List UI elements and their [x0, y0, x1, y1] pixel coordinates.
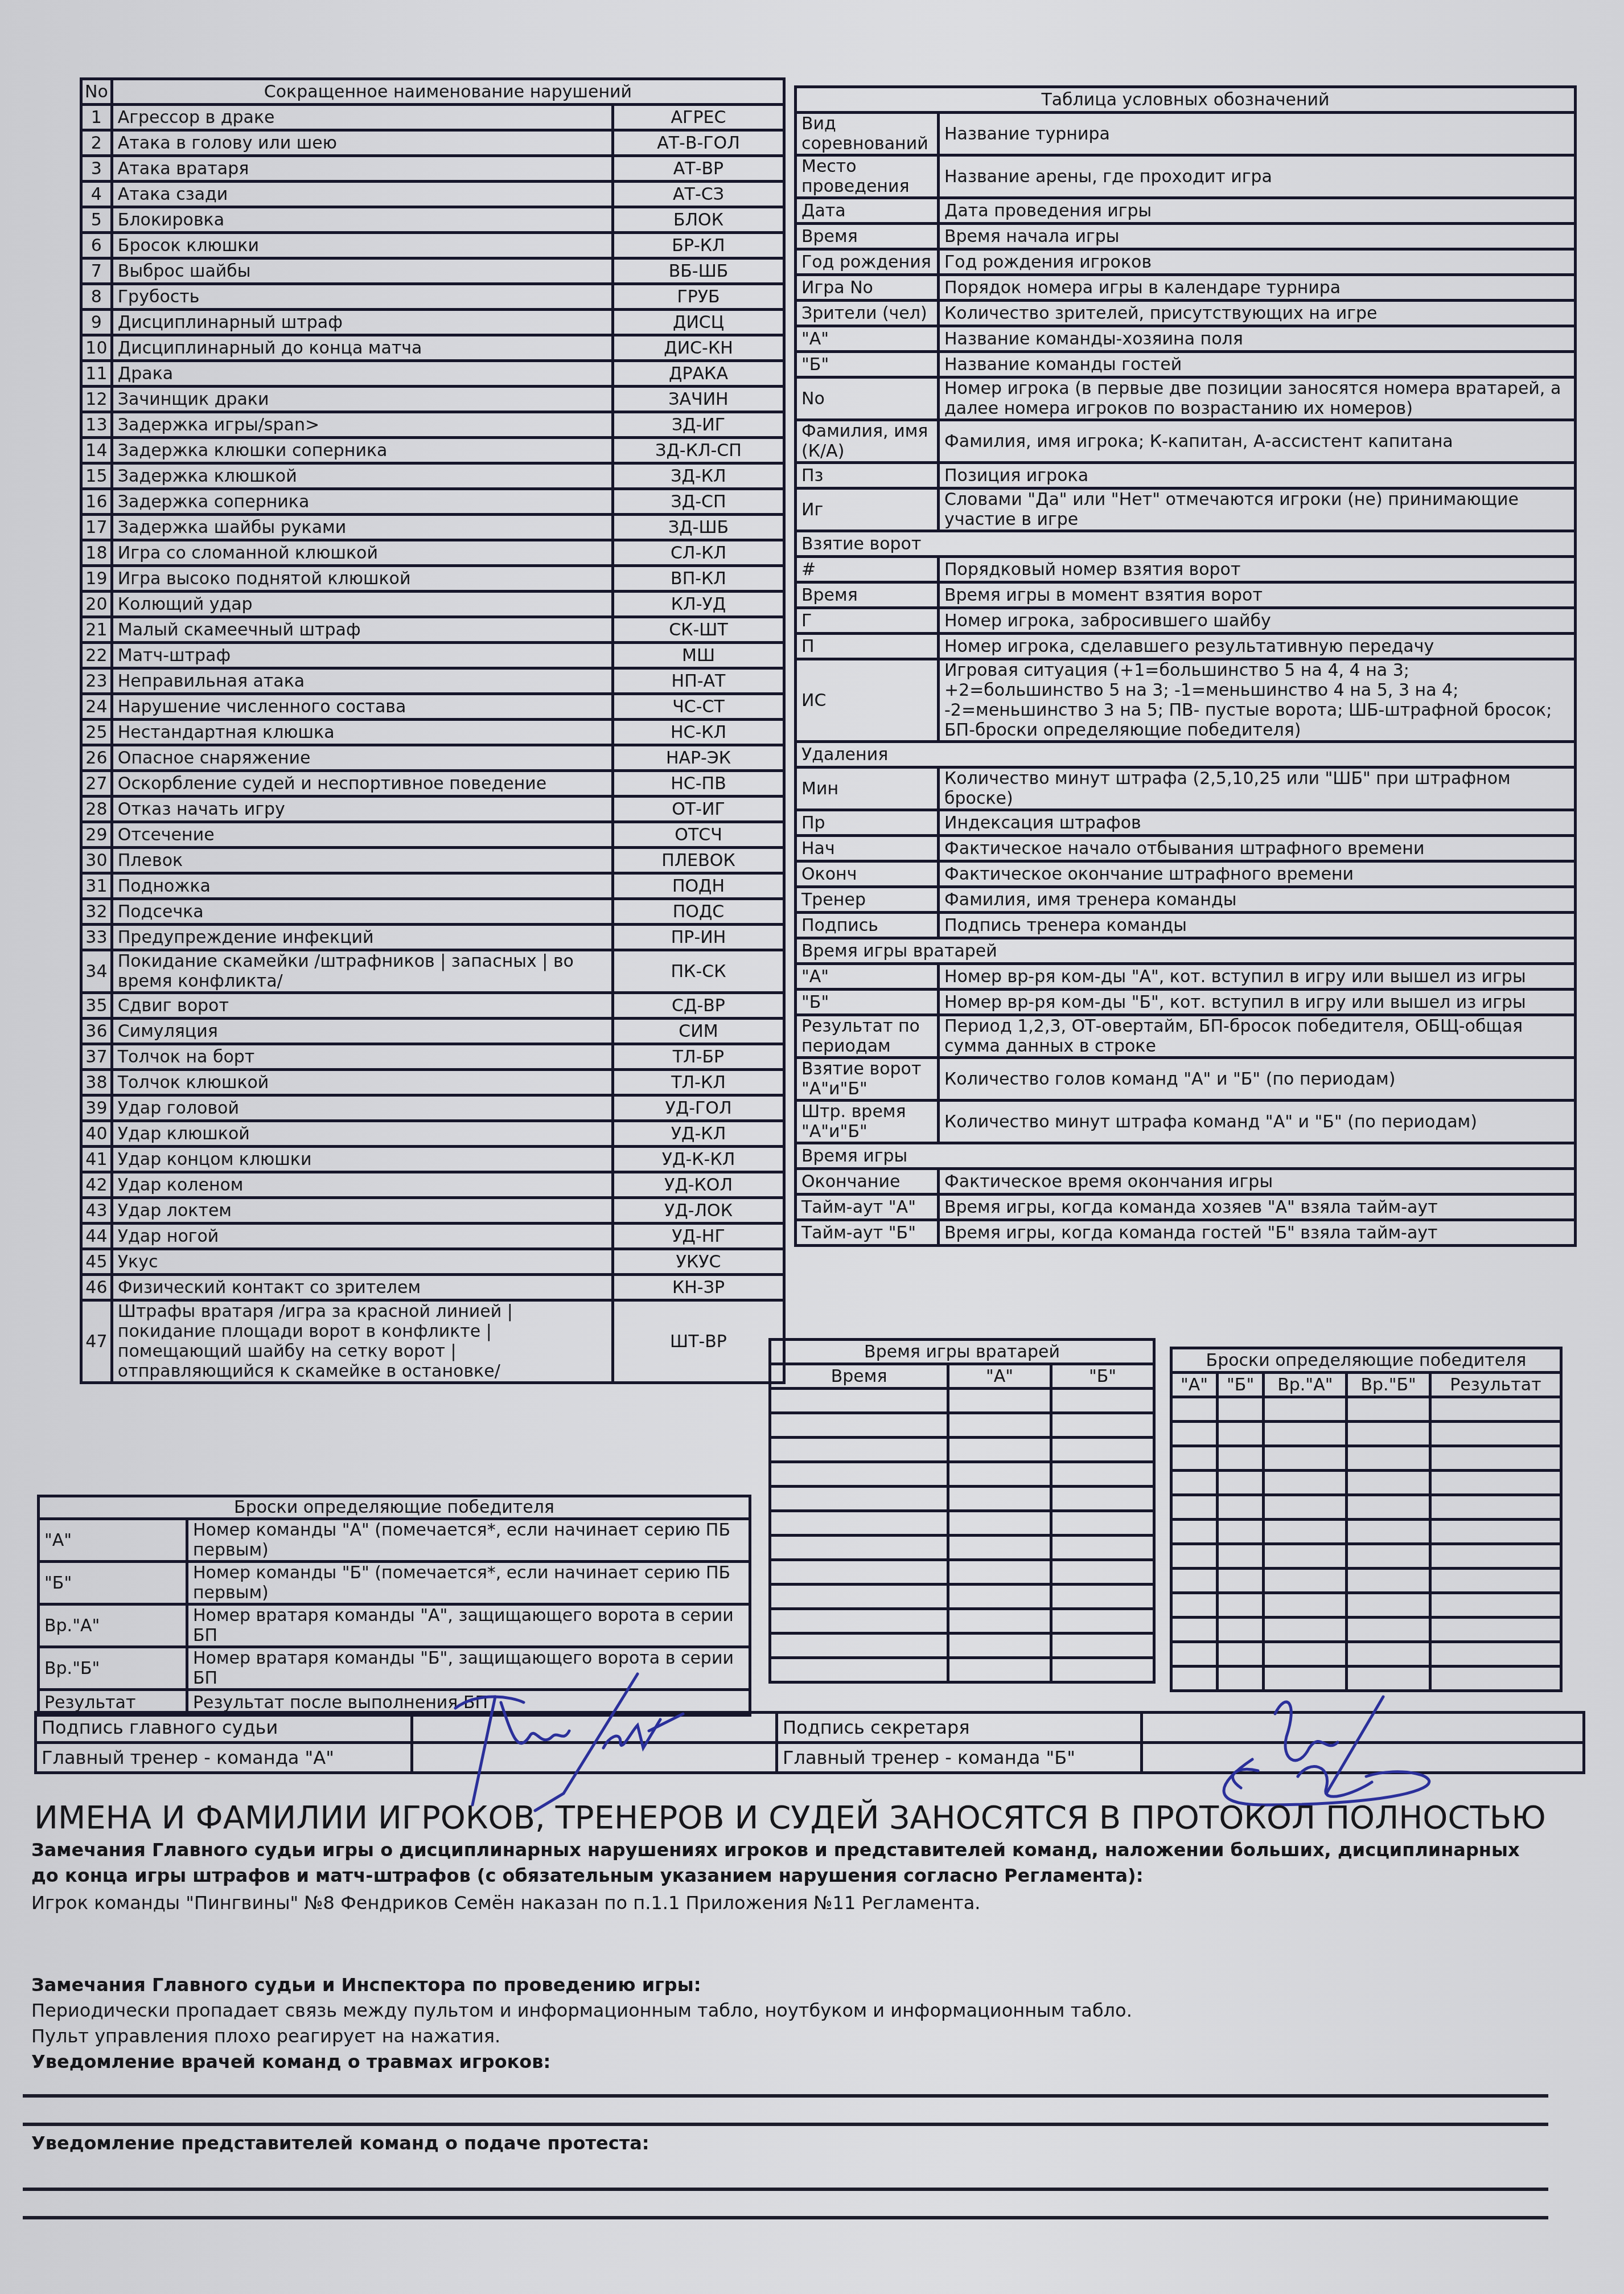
legend-section-row: Взятие ворот — [796, 531, 1576, 557]
goalie-time-cell[interactable] — [1051, 1634, 1154, 1658]
violation-name: Нарушение численного состава — [112, 694, 612, 720]
violation-name: Игра со сломанной клюшкой — [112, 540, 612, 566]
chief-referee-signature-label: Подпись главного судьи — [36, 1713, 412, 1743]
shootout-cell[interactable] — [1264, 1569, 1347, 1593]
legend-row: Фамилия, имя (К/А)Фамилия, имя игрока; К… — [796, 420, 1576, 463]
legend-description: Фактическое окончание штрафного времени — [939, 861, 1576, 887]
legend-description: Номер игрока, сделавшего результативную … — [939, 634, 1576, 659]
goalie-time-column-header: Время — [770, 1364, 948, 1389]
secretary-signature-label: Подпись секретаря — [777, 1713, 1142, 1743]
violation-row: 2Атака в голову или шеюАТ-В-ГОЛ — [81, 130, 784, 156]
shootout-row — [1171, 1667, 1561, 1691]
violation-name: Физический контакт со зрителем — [112, 1275, 612, 1300]
violation-name: Задержка клюшкой — [112, 463, 612, 489]
legend-row: ОкончаниеФактическое время окончания игр… — [796, 1169, 1576, 1195]
violation-abbreviation: АГРЕС — [613, 105, 784, 130]
shootout-cell[interactable] — [1218, 1642, 1264, 1667]
violation-name: Оскорбление судей и неспортивное поведен… — [112, 771, 612, 797]
shootout-cell[interactable] — [1430, 1471, 1561, 1495]
legend-key: Время — [796, 582, 939, 608]
violation-name: Атака сзади — [112, 182, 612, 207]
violation-number: 3 — [81, 156, 112, 182]
violation-abbreviation: УД-К-КЛ — [613, 1147, 784, 1172]
chief-referee-signature-field[interactable] — [412, 1713, 777, 1743]
shootout-cell[interactable] — [1171, 1544, 1218, 1569]
legend-row: ТренерФамилия, имя тренера команды — [796, 887, 1576, 913]
coach-a-signature-field[interactable] — [412, 1743, 777, 1773]
legend-key: Время — [796, 224, 939, 249]
violation-name: Сдвиг ворот — [112, 993, 612, 1019]
shootout-cell[interactable] — [1430, 1446, 1561, 1471]
legend-description: Количество зрителей, присутствующих на и… — [939, 301, 1576, 326]
legend-section-row: Время игры вратарей — [796, 938, 1576, 964]
shootout-legend-row: "Б"Номер команды "Б" (помечается*, если … — [39, 1562, 750, 1604]
violation-number: 25 — [81, 720, 112, 745]
goalie-time-cell[interactable] — [770, 1585, 948, 1609]
goalie-time-cell[interactable] — [948, 1462, 1051, 1487]
violation-row: 44Удар ногойУД-НГ — [81, 1224, 784, 1249]
violation-abbreviation: ЗАЧИН — [613, 387, 784, 412]
legend-row: ВремяВремя игры в момент взятия ворот — [796, 582, 1576, 608]
shootout-cell[interactable] — [1264, 1422, 1347, 1446]
goalie-time-cell[interactable] — [1051, 1462, 1154, 1487]
violation-row: 4Атака сзадиАТ-СЗ — [81, 182, 784, 207]
goalie-time-cell[interactable] — [1051, 1487, 1154, 1511]
legend-row: Результат по периодамПериод 1,2,3, ОТ-ов… — [796, 1015, 1576, 1058]
goalie-time-cell[interactable] — [1051, 1536, 1154, 1560]
shootout-row — [1171, 1642, 1561, 1667]
shootout-legend-key: Вр."А" — [39, 1604, 187, 1647]
violation-row: 7Выброс шайбыВБ-ШБ — [81, 258, 784, 284]
legend-section-title: Удаления — [796, 742, 1576, 768]
shootout-cell[interactable] — [1218, 1544, 1264, 1569]
legend-row: "А"Название команды-хозяина поля — [796, 326, 1576, 352]
violation-name: Предупреждение инфекций — [112, 925, 612, 950]
shootout-legend-row: "А"Номер команды "А" (помечается*, если … — [39, 1519, 750, 1562]
violation-number: 36 — [81, 1019, 112, 1044]
violation-name: Отсечение — [112, 822, 612, 848]
shootout-cell[interactable] — [1430, 1422, 1561, 1446]
column-header-violation-name: Сокращенное наименование нарушений — [112, 79, 784, 105]
goalie-time-row — [770, 1511, 1154, 1536]
shootout-cell[interactable] — [1264, 1667, 1347, 1691]
goalie-time-cell[interactable] — [948, 1560, 1051, 1585]
goalie-time-cell[interactable] — [1051, 1585, 1154, 1609]
violation-name: Симуляция — [112, 1019, 612, 1044]
violation-number: 12 — [81, 387, 112, 412]
shootout-grid-table: Броски определяющие победителя "А""Б"Вр.… — [1170, 1347, 1563, 1692]
violation-number: 13 — [81, 412, 112, 438]
shootout-column-header: Результат — [1430, 1373, 1561, 1397]
violation-row: 24Нарушение численного составаЧС-СТ — [81, 694, 784, 720]
violation-name: Игра высоко поднятой клюшкой — [112, 566, 612, 592]
shootout-cell[interactable] — [1171, 1422, 1218, 1446]
legend-key: Игра No — [796, 275, 939, 301]
goalie-time-cell[interactable] — [948, 1413, 1051, 1438]
shootout-cell[interactable] — [1218, 1471, 1264, 1495]
legend-key: Иг — [796, 489, 939, 531]
violation-number: 20 — [81, 592, 112, 617]
violation-name: Укус — [112, 1249, 612, 1275]
legend-description: Название команды гостей — [939, 352, 1576, 377]
violation-number: 22 — [81, 643, 112, 668]
shootout-cell[interactable] — [1430, 1569, 1561, 1593]
shootout-cell[interactable] — [1264, 1446, 1347, 1471]
goalie-time-cell[interactable] — [948, 1438, 1051, 1462]
legend-key: "А" — [796, 964, 939, 990]
shootout-cell[interactable] — [1264, 1471, 1347, 1495]
violation-number: 17 — [81, 515, 112, 540]
shootout-cell[interactable] — [1218, 1667, 1264, 1691]
goalie-time-cell[interactable] — [1051, 1389, 1154, 1413]
goalie-time-cell[interactable] — [770, 1511, 948, 1536]
violation-name: Подсечка — [112, 899, 612, 925]
shootout-cell[interactable] — [1264, 1642, 1347, 1667]
legend-row: МинКоличество минут штрафа (2,5,10,25 ил… — [796, 768, 1576, 810]
violation-name: Малый скамеечный штраф — [112, 617, 612, 643]
protest-notice-line-2[interactable] — [23, 2216, 1548, 2219]
legend-description: Количество минут штрафа команд "А" и "Б"… — [939, 1101, 1576, 1143]
violation-abbreviation: ТЛ-БР — [613, 1044, 784, 1070]
shootout-cell[interactable] — [1171, 1593, 1218, 1618]
violation-name: Удар ногой — [112, 1224, 612, 1249]
legend-key: Г — [796, 608, 939, 634]
shootout-cell[interactable] — [1171, 1495, 1218, 1520]
legend-section-title: Взятие ворот — [796, 531, 1576, 557]
violation-abbreviation: УД-НГ — [613, 1224, 784, 1249]
legend-description: Название турнира — [939, 113, 1576, 155]
shootout-cell[interactable] — [1171, 1642, 1218, 1667]
violation-name: Удар головой — [112, 1095, 612, 1121]
shootout-cell[interactable] — [1264, 1397, 1347, 1422]
shootout-cell[interactable] — [1218, 1520, 1264, 1544]
violation-name: Задержка клюшки соперника — [112, 438, 612, 463]
shootout-cell[interactable] — [1218, 1446, 1264, 1471]
violation-number: 38 — [81, 1070, 112, 1095]
legend-row: НачФактическое начало отбывания штрафног… — [796, 836, 1576, 861]
legend-description: Позиция игрока — [939, 463, 1576, 489]
shootout-legend-description: Номер вратаря команды "Б", защищающего в… — [187, 1647, 750, 1690]
legend-description: Номер вр-ря ком-ды "А", кот. вступил в и… — [939, 964, 1576, 990]
violation-abbreviation: ОТСЧ — [613, 822, 784, 848]
violation-abbreviation: ДИСЦ — [613, 310, 784, 335]
goalie-time-cell[interactable] — [1051, 1511, 1154, 1536]
coach-a-signature-label: Главный тренер - команда "А" — [36, 1743, 412, 1773]
violation-name: Опасное снаряжение — [112, 745, 612, 771]
shootout-cell[interactable] — [1264, 1593, 1347, 1618]
signatures-table: Подпись главного судьи Подпись секретаря… — [34, 1711, 1585, 1774]
violation-number: 42 — [81, 1172, 112, 1198]
violation-number: 26 — [81, 745, 112, 771]
legend-description: Словами "Да" или "Нет" отмечаются игроки… — [939, 489, 1576, 531]
legend-key: "Б" — [796, 990, 939, 1015]
legend-key: # — [796, 557, 939, 582]
legend-key: Мин — [796, 768, 939, 810]
shootout-cell[interactable] — [1171, 1569, 1218, 1593]
legend-key: П — [796, 634, 939, 659]
goalie-time-cell[interactable] — [770, 1560, 948, 1585]
shootout-column-header: Вр."А" — [1264, 1373, 1347, 1397]
violation-abbreviation: КЛ-УД — [613, 592, 784, 617]
shootout-cell[interactable] — [1218, 1422, 1264, 1446]
violation-abbreviation: ЗД-КЛ-СП — [613, 438, 784, 463]
violation-name: Драка — [112, 361, 612, 387]
violation-name: Удар локтем — [112, 1198, 612, 1224]
shootout-cell[interactable] — [1347, 1618, 1430, 1642]
shootout-row — [1171, 1593, 1561, 1618]
violation-abbreviation: УД-КЛ — [613, 1121, 784, 1147]
violation-row: 22Матч-штрафМШ — [81, 643, 784, 668]
violation-row: 33Предупреждение инфекцийПР-ИН — [81, 925, 784, 950]
violation-abbreviation: ПР-ИН — [613, 925, 784, 950]
legend-row: ВремяВремя начала игры — [796, 224, 1576, 249]
conduct-remarks-text-line2[interactable]: Пульт управления плохо реагирует на нажа… — [31, 2025, 500, 2047]
shootout-legend-key: "А" — [39, 1519, 187, 1562]
shootout-cell[interactable] — [1218, 1569, 1264, 1593]
violation-row: 29ОтсечениеОТСЧ — [81, 822, 784, 848]
goalie-time-cell[interactable] — [1051, 1609, 1154, 1634]
legend-row: "Б"Название команды гостей — [796, 352, 1576, 377]
violation-name: Плевок — [112, 848, 612, 873]
shootout-cell[interactable] — [1347, 1446, 1430, 1471]
goalie-time-cell[interactable] — [948, 1536, 1051, 1560]
legend-row: NoНомер игрока (в первые две позиции зан… — [796, 377, 1576, 420]
goalie-time-cell[interactable] — [948, 1487, 1051, 1511]
legend-key: ИС — [796, 659, 939, 742]
goalie-time-cell[interactable] — [770, 1536, 948, 1560]
legend-description: Время начала игры — [939, 224, 1576, 249]
shootout-cell[interactable] — [1218, 1618, 1264, 1642]
goalie-time-cell[interactable] — [770, 1462, 948, 1487]
goalie-time-row — [770, 1634, 1154, 1658]
violation-row: 14Задержка клюшки соперникаЗД-КЛ-СП — [81, 438, 784, 463]
legend-key: Взятие ворот "А"и"Б" — [796, 1058, 939, 1101]
secretary-signature-field[interactable] — [1142, 1713, 1584, 1743]
violation-name: Атака в голову или шею — [112, 130, 612, 156]
shootout-cell[interactable] — [1430, 1618, 1561, 1642]
violation-name: Атака вратаря — [112, 156, 612, 182]
violation-abbreviation: ПК-СК — [613, 950, 784, 993]
goalie-time-cell[interactable] — [948, 1389, 1051, 1413]
violation-abbreviation: ВБ-ШБ — [613, 258, 784, 284]
legend-description: Количество минут штрафа (2,5,10,25 или "… — [939, 768, 1576, 810]
legend-description: Год рождения игроков — [939, 249, 1576, 275]
violation-row: 11ДракаДРАКА — [81, 361, 784, 387]
violation-name: Матч-штраф — [112, 643, 612, 668]
shootout-cell[interactable] — [1171, 1446, 1218, 1471]
violation-number: 1 — [81, 105, 112, 130]
legend-row: ГНомер игрока, забросившего шайбу — [796, 608, 1576, 634]
violation-number: 43 — [81, 1198, 112, 1224]
shootout-row — [1171, 1471, 1561, 1495]
goalie-time-cell[interactable] — [948, 1585, 1051, 1609]
goalie-time-cell[interactable] — [1051, 1658, 1154, 1682]
injuries-notice-line-2[interactable] — [23, 2123, 1548, 2126]
violation-number: 16 — [81, 489, 112, 515]
shootout-cell[interactable] — [1430, 1667, 1561, 1691]
shootout-cell[interactable] — [1347, 1642, 1430, 1667]
violation-row: 46Физический контакт со зрителемКН-ЗР — [81, 1275, 784, 1300]
violation-abbreviation: АТ-ВР — [613, 156, 784, 182]
violation-number: 30 — [81, 848, 112, 873]
legend-row: ПрИндексация штрафов — [796, 810, 1576, 836]
violation-abbreviation: ДРАКА — [613, 361, 784, 387]
injuries-notice-line-1[interactable] — [23, 2094, 1548, 2098]
goalie-time-cell[interactable] — [1051, 1413, 1154, 1438]
violation-row: 19Игра высоко поднятой клюшкойВП-КЛ — [81, 566, 784, 592]
shootout-row — [1171, 1544, 1561, 1569]
goalie-time-cell[interactable] — [770, 1413, 948, 1438]
violation-name: Задержка шайбы руками — [112, 515, 612, 540]
goalie-time-cell[interactable] — [770, 1487, 948, 1511]
coach-b-signature-field[interactable] — [1142, 1743, 1584, 1773]
violation-abbreviation: СД-ВР — [613, 993, 784, 1019]
shootout-cell[interactable] — [1171, 1471, 1218, 1495]
legend-row: Вид соревнованийНазвание турнира — [796, 113, 1576, 155]
disciplinary-remarks-title-line2: до конца игры штрафов и матч-штрафов (с … — [31, 1865, 1143, 1886]
shootout-cell[interactable] — [1264, 1544, 1347, 1569]
shootout-cell[interactable] — [1347, 1397, 1430, 1422]
violation-row: 10Дисциплинарный до конца матчаДИС-КН — [81, 335, 784, 361]
goalie-time-row — [770, 1536, 1154, 1560]
violation-name: Бросок клюшки — [112, 233, 612, 258]
shootout-cell[interactable] — [1218, 1397, 1264, 1422]
legend-row: Зрители (чел)Количество зрителей, присут… — [796, 301, 1576, 326]
goalie-time-row — [770, 1438, 1154, 1462]
protest-notice-title: Уведомление представителей команд о пода… — [31, 2132, 649, 2154]
shootout-cell[interactable] — [1430, 1520, 1561, 1544]
violation-row: 32ПодсечкаПОДС — [81, 899, 784, 925]
shootout-cell[interactable] — [1430, 1544, 1561, 1569]
violation-name: Удар коленом — [112, 1172, 612, 1198]
shootout-cell[interactable] — [1218, 1495, 1264, 1520]
shootout-cell[interactable] — [1347, 1544, 1430, 1569]
violation-row: 43Удар локтемУД-ЛОК — [81, 1198, 784, 1224]
violation-row: 1Агрессор в дракеАГРЕС — [81, 105, 784, 130]
violation-row: 31ПодножкаПОДН — [81, 873, 784, 899]
goalie-time-cell[interactable] — [770, 1609, 948, 1634]
legend-description: Игровая ситуация (+1=большинство 5 на 4,… — [939, 659, 1576, 742]
legend-description: Название команды-хозяина поля — [939, 326, 1576, 352]
goalie-time-cell[interactable] — [948, 1634, 1051, 1658]
protest-notice-line-1[interactable] — [23, 2188, 1548, 2191]
violation-name: Толчок клюшкой — [112, 1070, 612, 1095]
legend-key: No — [796, 377, 939, 420]
violation-row: 38Толчок клюшкойТЛ-КЛ — [81, 1070, 784, 1095]
violation-abbreviation: АТ-СЗ — [613, 182, 784, 207]
legend-key: "Б" — [796, 352, 939, 377]
shootout-cell[interactable] — [1171, 1520, 1218, 1544]
conduct-remarks-text-line1[interactable]: Периодически пропадает связь между пульт… — [31, 2000, 1132, 2021]
violation-number: 24 — [81, 694, 112, 720]
goalie-time-cell[interactable] — [1051, 1560, 1154, 1585]
goalie-time-cell[interactable] — [770, 1658, 948, 1682]
violation-abbreviation: СЛ-КЛ — [613, 540, 784, 566]
shootout-cell[interactable] — [1347, 1569, 1430, 1593]
coach-b-signature-label: Главный тренер - команда "Б" — [777, 1743, 1142, 1773]
legend-row: Тайм-аут "А"Время игры, когда команда хо… — [796, 1195, 1576, 1220]
goalie-time-cell[interactable] — [770, 1389, 948, 1413]
shootout-cell[interactable] — [1347, 1495, 1430, 1520]
goalie-time-cell[interactable] — [770, 1634, 948, 1658]
goalie-time-cell[interactable] — [948, 1511, 1051, 1536]
legend-key: Окончание — [796, 1169, 939, 1195]
goalie-time-cell[interactable] — [770, 1438, 948, 1462]
violation-number: 27 — [81, 771, 112, 797]
legend-row: Игра NoПорядок номера игры в календаре т… — [796, 275, 1576, 301]
legend-description: Подпись тренера команды — [939, 913, 1576, 938]
goalie-time-table: Время игры вратарей Время"А""Б" — [768, 1338, 1156, 1684]
disciplinary-remarks-text[interactable]: Игрок команды "Пингвины" №8 Фендриков Се… — [31, 1892, 981, 1914]
violation-abbreviation: АТ-В-ГОЛ — [613, 130, 784, 156]
shootout-cell[interactable] — [1347, 1471, 1430, 1495]
violation-abbreviation: БР-КЛ — [613, 233, 784, 258]
shootout-cell[interactable] — [1430, 1397, 1561, 1422]
legend-key: Подпись — [796, 913, 939, 938]
shootout-cell[interactable] — [1171, 1667, 1218, 1691]
shootout-cell[interactable] — [1347, 1593, 1430, 1618]
violation-number: 46 — [81, 1275, 112, 1300]
shootout-cell[interactable] — [1347, 1520, 1430, 1544]
violation-row: 23Неправильная атакаНП-АТ — [81, 668, 784, 694]
shootout-cell[interactable] — [1264, 1520, 1347, 1544]
legend-row: "Б"Номер вр-ря ком-ды "Б", кот. вступил … — [796, 990, 1576, 1015]
violation-name: Колющий удар — [112, 592, 612, 617]
violation-number: 11 — [81, 361, 112, 387]
violation-abbreviation: УД-ГОЛ — [613, 1095, 784, 1121]
shootout-cell[interactable] — [1264, 1618, 1347, 1642]
violation-abbreviation: ПОДС — [613, 899, 784, 925]
shootout-cell[interactable] — [1430, 1495, 1561, 1520]
shootout-cell[interactable] — [1264, 1495, 1347, 1520]
violation-name: Выброс шайбы — [112, 258, 612, 284]
violation-number: 8 — [81, 284, 112, 310]
shootout-cell[interactable] — [1347, 1667, 1430, 1691]
legend-description: Количество голов команд "А" и "Б" (по пе… — [939, 1058, 1576, 1101]
violation-row: 47Штрафы вратаря /игра за красной линией… — [81, 1300, 784, 1383]
shootout-cell[interactable] — [1171, 1397, 1218, 1422]
violation-row: 36СимуляцияСИМ — [81, 1019, 784, 1044]
violation-abbreviation: ГРУБ — [613, 284, 784, 310]
goalie-time-cell[interactable] — [1051, 1438, 1154, 1462]
shootout-legend-table: Броски определяющие победителя "А"Номер … — [37, 1495, 751, 1717]
shootout-cell[interactable] — [1430, 1593, 1561, 1618]
violation-number: 40 — [81, 1121, 112, 1147]
violation-name: Толчок на борт — [112, 1044, 612, 1070]
shootout-cell[interactable] — [1171, 1618, 1218, 1642]
goalie-time-row — [770, 1585, 1154, 1609]
goalie-time-cell[interactable] — [948, 1658, 1051, 1682]
shootout-cell[interactable] — [1218, 1593, 1264, 1618]
legend-row: ИгСловами "Да" или "Нет" отмечаются игро… — [796, 489, 1576, 531]
notice-headline: ИМЕНА И ФАМИЛИИ ИГРОКОВ, ТРЕНЕРОВ И СУДЕ… — [34, 1799, 1546, 1836]
violation-number: 23 — [81, 668, 112, 694]
goalie-time-row — [770, 1389, 1154, 1413]
violation-row: 16Задержка соперникаЗД-СП — [81, 489, 784, 515]
injuries-notice-title: Уведомление врачей команд о травмах игро… — [31, 2051, 550, 2073]
legend-row: "А"Номер вр-ря ком-ды "А", кот. вступил … — [796, 964, 1576, 990]
legend-section-title: Время игры вратарей — [796, 938, 1576, 964]
shootout-cell[interactable] — [1430, 1642, 1561, 1667]
violation-name: Дисциплинарный штраф — [112, 310, 612, 335]
shootout-cell[interactable] — [1347, 1422, 1430, 1446]
shootout-legend-description: Номер команды "Б" (помечается*, если нач… — [187, 1562, 750, 1604]
legend-description: Фактическое начало отбывания штрафного в… — [939, 836, 1576, 861]
legend-title: Таблица условных обозначений — [796, 87, 1576, 113]
hockey-protocol-sheet: No Сокращенное наименование нарушений 1А… — [0, 0, 1624, 2294]
violation-row: 8ГрубостьГРУБ — [81, 284, 784, 310]
goalie-time-cell[interactable] — [948, 1609, 1051, 1634]
